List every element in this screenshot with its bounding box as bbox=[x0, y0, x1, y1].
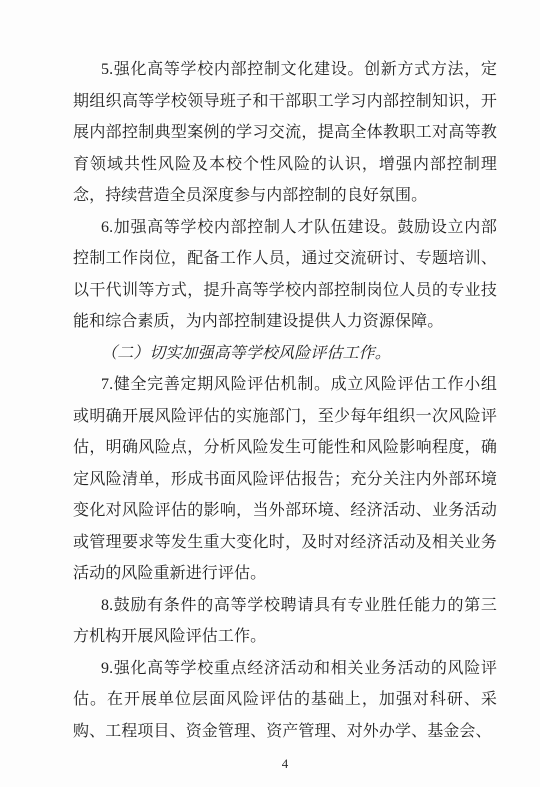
page-content: 5.强化高等学校内部控制文化建设。创新方式方法，定期组织高等学校领导班子和干部职… bbox=[73, 54, 497, 747]
paragraph-item-7: 7.健全完善定期风险评估机制。成立风险评估工作小组或明确开展风险评估的实施部门，… bbox=[73, 369, 497, 590]
paragraph-item-6: 6.加强高等学校内部控制人才队伍建设。鼓励设立内部控制工作岗位，配备工作人员，通… bbox=[73, 212, 497, 338]
page-number: 4 bbox=[73, 755, 497, 773]
section-heading-2: （二）切实加强高等学校风险评估工作。 bbox=[73, 338, 497, 370]
paragraph-item-9: 9.强化高等学校重点经济活动和相关业务活动的风险评估。在开展单位层面风险评估的基… bbox=[73, 653, 497, 748]
paragraph-item-5: 5.强化高等学校内部控制文化建设。创新方式方法，定期组织高等学校领导班子和干部职… bbox=[73, 54, 497, 212]
paragraph-item-8: 8.鼓励有条件的高等学校聘请具有专业胜任能力的第三方机构开展风险评估工作。 bbox=[73, 590, 497, 653]
document-page: 5.强化高等学校内部控制文化建设。创新方式方法，定期组织高等学校领导班子和干部职… bbox=[0, 0, 540, 787]
